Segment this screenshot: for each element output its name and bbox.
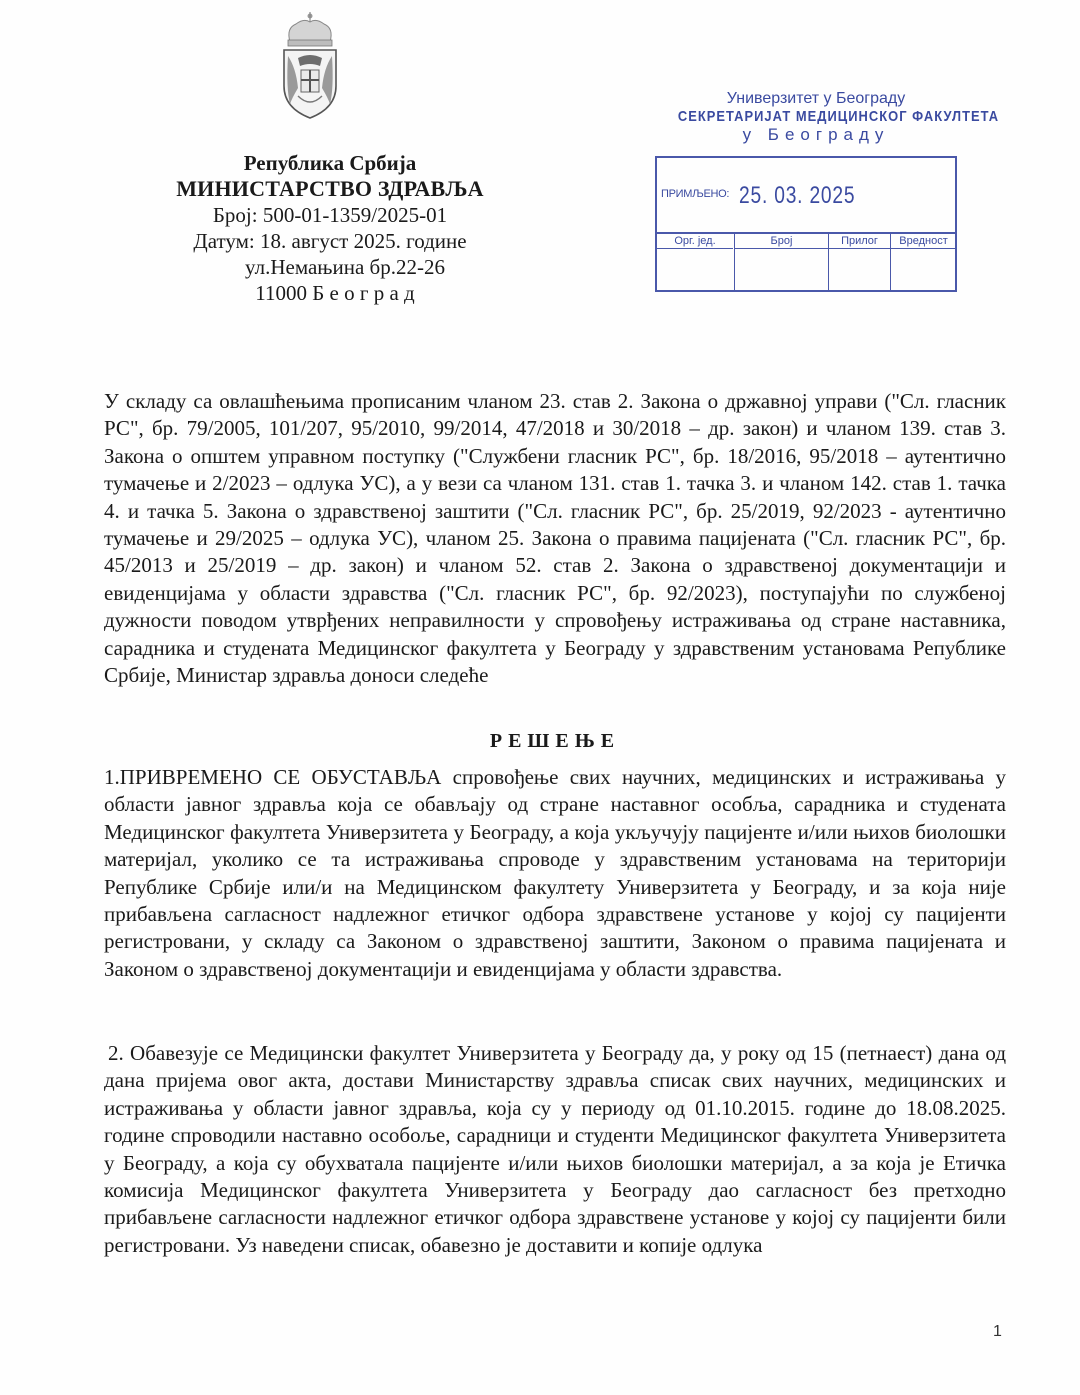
document-page: Република Србија МИНИСТАРСТВО ЗДРАВЉА Бр… xyxy=(0,0,1080,1395)
received-date: 25. 03. 2025 xyxy=(739,182,855,210)
preamble: У складу са овлашћењима прописаним члано… xyxy=(104,388,1006,689)
stamp-city: у Београду xyxy=(655,126,955,143)
ministry-address: ул.Немањина бр.22-26 xyxy=(140,254,520,280)
decision-title: РЕШЕЊЕ xyxy=(104,730,1006,753)
stamp-col-value: Вредност xyxy=(890,234,956,292)
ministry-city: 11000 Б е о г р а д xyxy=(140,280,520,306)
stamp-university: Универзитет у Београду xyxy=(655,90,955,108)
document-number: Број: 500-01-1359/2025-01 xyxy=(140,202,520,228)
stamp-secretariat: СЕКРЕТАРИЈАТ МЕДИЦИНСКОГ ФАКУЛТЕТА xyxy=(678,108,934,126)
received-label: ПРИМЉЕНО: xyxy=(661,188,729,200)
decision-point-1: 1.ПРИВРЕМЕНО СЕ ОБУСТАВЉА спровођење сви… xyxy=(104,764,1006,983)
stamp-col-org-unit: Орг. јед. xyxy=(657,234,733,292)
decision-point-2: 2. Обавезује се Медицински факултет Унив… xyxy=(104,1040,1006,1259)
point-2-text: 2. Обавезује се Медицински факултет Унив… xyxy=(104,1040,1006,1259)
country-name: Република Србија xyxy=(140,150,520,176)
ministry-name: МИНИСТАРСТВО ЗДРАВЉА xyxy=(140,176,520,202)
stamp-col-attachment: Прилог xyxy=(828,234,890,292)
document-date: Датум: 18. август 2025. године xyxy=(140,228,520,254)
page-number: 1 xyxy=(993,1323,1002,1341)
received-stamp: Универзитет у Београду СЕКРЕТАРИЈАТ МЕДИ… xyxy=(655,90,955,143)
serbia-coat-of-arms-icon xyxy=(276,8,344,120)
stamp-grid: Орг. јед. Број Прилог Вредност xyxy=(657,232,955,292)
preamble-paragraph: У складу са овлашћењима прописаним члано… xyxy=(104,388,1006,689)
ministry-header: Република Србија МИНИСТАРСТВО ЗДРАВЉА Бр… xyxy=(140,150,520,306)
stamp-box: ПРИМЉЕНО: 25. 03. 2025 Орг. јед. Број Пр… xyxy=(655,156,957,292)
stamp-col-number: Број xyxy=(734,234,828,292)
point-1-text: 1.ПРИВРЕМЕНО СЕ ОБУСТАВЉА спровођење сви… xyxy=(104,764,1006,983)
